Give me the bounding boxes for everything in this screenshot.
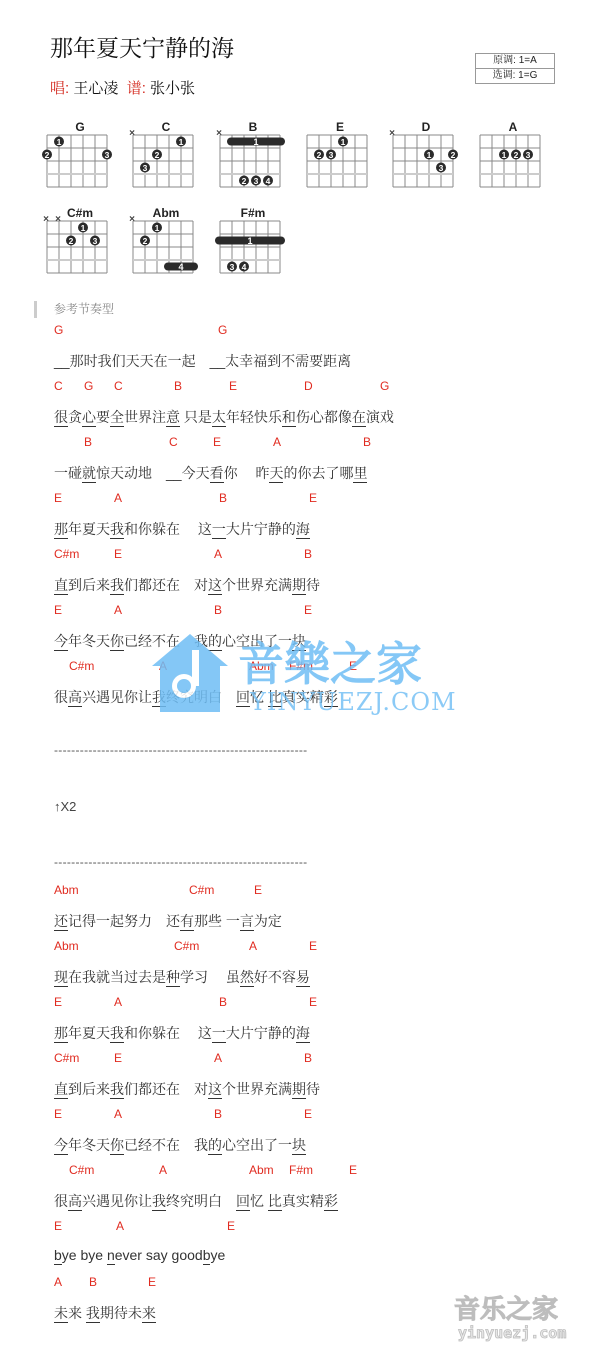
svg-text:2: 2 (514, 150, 519, 160)
lyric-row: 那年夏天我和你躲在 这一大片宁静的海 (0, 1023, 603, 1043)
chord-row: C#mEAB (0, 547, 603, 567)
lyric-text: 大片宁静的 (226, 521, 296, 537)
lyric-text: 贪 (68, 409, 82, 425)
chord-symbol: E (54, 603, 62, 617)
lyric-row: 还记得一起努力 还有那些 一言为定 (0, 911, 603, 931)
chord-symbol: C#m (69, 659, 94, 673)
lyric-row: 很高兴遇见你让我终究明白 回忆 比真实精彩 (0, 1191, 603, 1211)
svg-text:2: 2 (242, 176, 247, 186)
mute-icon: × (55, 214, 61, 225)
chord-anchor-char: 期 (292, 1081, 306, 1099)
lyric-text: 待 (306, 1081, 320, 1097)
chord-anchor-char: 这 (208, 1081, 222, 1099)
chord-anchor-char: 来 (142, 1305, 156, 1323)
chord-symbol: A (114, 1107, 122, 1121)
svg-text:yinyuezj.com: yinyuezj.com (458, 1324, 566, 1342)
svg-text:1: 1 (155, 223, 160, 233)
lyric-line: 今年冬天你已经不在 我的心空出了一块 (54, 1135, 306, 1155)
lyric-text: 已经不在 我 (124, 1137, 208, 1153)
chord-anchor-char: 直 (54, 577, 68, 595)
lyric-text: 到后来 (68, 1081, 110, 1097)
chord-symbol: C (169, 435, 178, 449)
chord-symbol: B (304, 547, 312, 561)
lyric-text: 很 (54, 1193, 68, 1209)
lyric-row: bye bye never say goodbye (0, 1247, 603, 1267)
fretboard-grid: ×1234 (213, 120, 293, 200)
chord-diagram-abm: Abm×421 (126, 206, 206, 286)
chord-symbol: Abm (249, 659, 274, 673)
chord-anchor-char: 就 (82, 465, 96, 483)
lyric-text: 太幸福到不需要距离 (225, 353, 351, 369)
chord-anchor-char: 看 (210, 465, 224, 483)
lyric-text: __ (210, 353, 226, 369)
chord-symbol: C#m (174, 939, 199, 953)
svg-text:1: 1 (81, 223, 86, 233)
chord-anchor-char: 有 (180, 913, 194, 931)
fretboard-grid: ×132 (386, 120, 466, 200)
chord-symbol: E (148, 1275, 156, 1289)
song-title: 那年夏天宁静的海 (50, 30, 234, 63)
chord-symbol: A (114, 603, 122, 617)
chord-anchor-char: 种 (166, 969, 180, 987)
chord-symbol: B (214, 1107, 222, 1121)
fretboard-grid: ×421 (126, 206, 206, 286)
svg-text:1: 1 (57, 137, 62, 147)
lyric-text: 个世界充满 (222, 1081, 292, 1097)
chord-symbol: E (309, 939, 317, 953)
svg-text:2: 2 (45, 150, 50, 160)
svg-text:1: 1 (427, 150, 432, 160)
chord-symbol: A (214, 1051, 222, 1065)
chord-anchor-char: 海 (296, 521, 310, 539)
lyric-row: 现在我就当过去是种学习 虽然好不容易 (0, 967, 603, 987)
lyric-text: 在我就当过去是 (68, 969, 166, 985)
lyric-text: 年夏天 (68, 521, 110, 537)
chord-symbol: G (54, 323, 63, 337)
chord-anchor-char: 你 (110, 633, 124, 651)
lyric-line: 未来 我期待未来 (54, 1303, 156, 1323)
lyric-text: ever say good (115, 1247, 203, 1263)
chord-row: GG (0, 323, 603, 343)
chord-symbol: E (349, 1163, 357, 1177)
chord-symbol: A (273, 435, 281, 449)
lyric-line: 直到后来我们都还在 对这个世界充满期待 (54, 1079, 320, 1099)
chord-anchor-char: 一 (212, 1025, 226, 1043)
svg-text:2: 2 (69, 236, 74, 246)
chord-symbol: E (54, 1219, 62, 1233)
chord-anchor-char: 的 (208, 1137, 222, 1155)
lyric-line: 很高兴遇见你让我终究明白 回忆 比真实精彩 (54, 1191, 338, 1211)
section-label: 参考节奏型 (34, 301, 114, 318)
lyric-text: ye bye (62, 1247, 107, 1263)
chord-symbol: A (214, 547, 222, 561)
svg-text:1: 1 (179, 137, 184, 147)
chord-symbol: B (219, 491, 227, 505)
chord-symbol: G (84, 379, 93, 393)
section-divider: ----------------------------------------… (54, 855, 307, 869)
svg-text:4: 4 (242, 262, 247, 272)
svg-text:3: 3 (143, 163, 148, 173)
chord-anchor-char: b (54, 1247, 62, 1265)
lyric-row: 今年冬天你已经不在 我的心空出了一块 (0, 631, 603, 651)
chord-symbol: A (159, 1163, 167, 1177)
lyric-line: 一碰就惊天动地 __今天看你 昨天的你去了哪里 (54, 463, 367, 483)
lyric-text: 心空出了一 (222, 1137, 292, 1153)
chord-symbol: A (114, 995, 122, 1009)
chord-symbol: C (54, 379, 63, 393)
chord-diagram-b: B×1234 (213, 120, 293, 200)
chord-diagram-g: G213 (40, 120, 120, 200)
svg-text:音乐之家: 音乐之家 (454, 1295, 558, 1325)
repeat-marker: ↑X2 (54, 799, 76, 814)
chord-anchor-char: 的 (208, 633, 222, 651)
svg-text:3: 3 (526, 150, 531, 160)
chord-symbol: E (309, 995, 317, 1009)
chord-anchor-char: 太 (212, 409, 226, 427)
lyric-row: 一碰就惊天动地 __今天看你 昨天的你去了哪里 (0, 463, 603, 483)
chord-anchor-char: 言 (240, 913, 254, 931)
selected-key: 选调: 1=G (476, 68, 554, 83)
svg-text:1: 1 (502, 150, 507, 160)
chord-anchor-char: 期 (292, 577, 306, 595)
fretboard-grid: 134 (213, 206, 293, 286)
lyric-text: 世界注 (124, 409, 166, 425)
lyric-line: 直到后来我们都还在 对这个世界充满期待 (54, 575, 320, 595)
lyric-text: 好不容 (254, 969, 296, 985)
mute-icon: × (389, 128, 395, 139)
lyric-text: 和你躲在 这 (124, 1025, 212, 1041)
chord-anchor-char: 今 (54, 633, 68, 651)
chord-symbol: C#m (54, 547, 79, 561)
lyric-row: 很贪心要全世界注意 只是太年轻快乐和伤心都像在演戏 (0, 407, 603, 427)
fretboard-grid: 213 (40, 120, 120, 200)
chord-anchor-char: 易 (296, 969, 310, 987)
lyric-text: 个世界充满 (222, 577, 292, 593)
lyric-text: 今天 (182, 465, 210, 481)
chord-symbol: E (227, 1219, 235, 1233)
chord-symbol: F#m (289, 659, 313, 673)
lyric-text: 兴遇见你让 (82, 1193, 152, 1209)
chord-row: AbmC#mE (0, 883, 603, 903)
chord-row: BCEAB (0, 435, 603, 455)
svg-text:3: 3 (439, 163, 444, 173)
lyric-text: 学习 虽 (180, 969, 240, 985)
chord-anchor-char: 意 (166, 409, 180, 427)
chord-symbol: G (218, 323, 227, 337)
chord-anchor-char: 我 (86, 1305, 100, 1323)
chord-symbol: E (229, 379, 237, 393)
chord-row: C#mAAbmF#mE (0, 1163, 603, 1183)
chord-row: EABE (0, 491, 603, 511)
chord-anchor-char: 现 (54, 969, 68, 987)
chord-symbol: E (309, 491, 317, 505)
lyric-text: 待 (306, 577, 320, 593)
chord-anchor-char: 海 (296, 1025, 310, 1043)
chord-anchor-char: 全 (110, 409, 124, 427)
chord-row: EABE (0, 995, 603, 1015)
svg-text:2: 2 (143, 236, 148, 246)
chord-diagram-a: A123 (473, 120, 553, 200)
singer-label: 唱: (50, 80, 69, 97)
fretboard-grid: 123 (473, 120, 553, 200)
chord-anchor-char: 很 (54, 409, 68, 427)
svg-text:3: 3 (254, 176, 259, 186)
lyric-text: 大片宁静的 (226, 1025, 296, 1041)
chord-symbol: E (254, 883, 262, 897)
chord-anchor-char: 里 (353, 465, 367, 483)
fretboard-grid: ×321 (126, 120, 206, 200)
svg-text:2: 2 (155, 150, 160, 160)
chord-row: C#mAAbmF#mE (0, 659, 603, 679)
lyric-text: 到后来 (68, 577, 110, 593)
chord-anchor-char: 这 (208, 577, 222, 595)
chord-anchor-char: 比 (268, 1193, 282, 1211)
chord-symbol: D (304, 379, 313, 393)
lyric-row: 直到后来我们都还在 对这个世界充满期待 (0, 1079, 603, 1099)
mute-icon: × (129, 214, 135, 225)
chord-anchor-char: 回 (236, 1193, 250, 1211)
chord-row: AbmC#mAE (0, 939, 603, 959)
chord-diagram-c: C×321 (126, 120, 206, 200)
chord-anchor-char: 我 (152, 1193, 166, 1211)
chord-anchor-char: n (107, 1247, 115, 1265)
lyric-text: 已经不在 我 (124, 633, 208, 649)
lyric-text: 年轻快乐 (226, 409, 282, 425)
chord-symbol: E (304, 1107, 312, 1121)
chord-symbol: E (349, 659, 357, 673)
chord-anchor-char: 天 (269, 465, 283, 483)
lyric-text: 终究明白 (166, 1193, 236, 1209)
lyric-text: 惊天动地 (96, 465, 166, 481)
svg-text:2: 2 (451, 150, 456, 160)
chord-anchor-char: 块 (292, 1137, 306, 1155)
chord-symbol: A (54, 1275, 62, 1289)
lyric-text: ye (210, 1247, 225, 1263)
lyric-text: 伤心都像 (296, 409, 352, 425)
chord-anchor-char: 那 (54, 521, 68, 539)
chord-symbol: Abm (54, 883, 79, 897)
chord-symbol: B (89, 1275, 97, 1289)
chord-symbol: E (114, 1051, 122, 1065)
lyric-text: 来 (68, 1305, 86, 1321)
chord-anchor-char: 然 (240, 969, 254, 987)
lyric-text: 一碰 (54, 465, 82, 481)
lyric-text: 心空出了一 (222, 633, 292, 649)
chord-symbol: B (214, 603, 222, 617)
lyric-line: bye bye never say goodbye (54, 1247, 225, 1263)
lyric-line: 很高兴遇见你让我终究明白 回忆 比真实精彩 (54, 687, 338, 707)
lyric-row: 很高兴遇见你让我终究明白 回忆 比真实精彩 (0, 687, 603, 707)
mute-icon: × (43, 214, 49, 225)
chord-anchor-char: 我 (110, 1081, 124, 1099)
lyric-row: 直到后来我们都还在 对这个世界充满期待 (0, 575, 603, 595)
lyric-text: 忆 (250, 689, 268, 705)
lyric-row: 今年冬天你已经不在 我的心空出了一块 (0, 1135, 603, 1155)
chord-symbol: E (54, 995, 62, 1009)
chord-anchor-char: 彩 (324, 1193, 338, 1211)
lyric-text: 你 昨 (224, 465, 270, 481)
svg-text:1: 1 (253, 137, 258, 147)
chord-diagram-fsharpm: F#m134 (213, 206, 293, 286)
lyric-line: 现在我就当过去是种学习 虽然好不容易 (54, 967, 310, 987)
chord-symbol: C#m (189, 883, 214, 897)
chord-anchor-char: 今 (54, 1137, 68, 1155)
singer-name: 王心凌 (73, 80, 118, 97)
chord-anchor-char: 我 (152, 689, 166, 707)
chord-symbol: E (304, 603, 312, 617)
chord-diagram-d: D×132 (386, 120, 466, 200)
chord-symbol: G (380, 379, 389, 393)
svg-text:3: 3 (105, 150, 110, 160)
chord-anchor-char: 块 (292, 633, 306, 651)
key-box: 原调: 1=A 选调: 1=G (475, 53, 555, 84)
section-divider: ----------------------------------------… (54, 743, 307, 757)
chord-symbol: A (159, 659, 167, 673)
svg-text:2: 2 (317, 150, 322, 160)
chord-symbol: C (114, 379, 123, 393)
lyric-line: 那年夏天我和你躲在 这一大片宁静的海 (54, 1023, 310, 1043)
lyric-text: 为定 (254, 913, 282, 929)
svg-text:1: 1 (341, 137, 346, 147)
svg-text:1: 1 (247, 236, 252, 246)
original-key: 原调: 1=A (476, 54, 554, 68)
chord-symbol: F#m (289, 1163, 313, 1177)
chord-anchor-char: 未 (54, 1305, 68, 1323)
lyric-text: 只是 (180, 409, 212, 425)
lyric-row: __那时我们天天在一起 __太幸福到不需要距离 (0, 351, 603, 371)
chord-anchor-char: 还 (54, 913, 68, 931)
lyric-text: 那时我们天天在一起 (70, 353, 210, 369)
svg-text:3: 3 (329, 150, 334, 160)
chord-symbol: B (363, 435, 371, 449)
lyric-text: 期待未 (100, 1305, 142, 1321)
svg-text:3: 3 (93, 236, 98, 246)
lyric-text: 演戏 (366, 409, 394, 425)
chord-anchor-char: 在 (352, 409, 366, 427)
chord-symbol: Abm (54, 939, 79, 953)
mute-icon: × (216, 128, 222, 139)
lyric-text: 记得一起努力 还 (68, 913, 180, 929)
chord-diagram-csharpm: C#m××213 (40, 206, 120, 286)
chord-symbol: B (84, 435, 92, 449)
chord-row: EABE (0, 1107, 603, 1127)
lyric-text: 年冬天 (68, 633, 110, 649)
chord-symbol: E (54, 491, 62, 505)
lyric-text: 年冬天 (68, 1137, 110, 1153)
lyric-line: 还记得一起努力 还有那些 一言为定 (54, 911, 282, 931)
chord-anchor-char: 你 (110, 1137, 124, 1155)
chord-anchor-char: 和 (282, 409, 296, 427)
mute-icon: × (129, 128, 135, 139)
corner-watermark: 音乐之家 yinyuezj.com (448, 1290, 598, 1342)
chord-symbol: B (174, 379, 182, 393)
chord-symbol: A (116, 1219, 124, 1233)
chord-row: CGCBEDG (0, 379, 603, 399)
fretboard-grid: 231 (300, 120, 380, 200)
chord-anchor-char: 高 (68, 689, 82, 707)
chord-symbol: E (114, 547, 122, 561)
lyric-text: 那些 一 (194, 913, 240, 929)
chord-anchor-char: 一 (212, 521, 226, 539)
lyric-line: 那年夏天我和你躲在 这一大片宁静的海 (54, 519, 310, 539)
chord-anchor-char: 我 (110, 521, 124, 539)
lyric-line: 很贪心要全世界注意 只是太年轻快乐和伤心都像在演戏 (54, 407, 394, 427)
chord-row: EABE (0, 603, 603, 623)
chord-symbol: B (219, 995, 227, 1009)
svg-text:3: 3 (230, 262, 235, 272)
chord-symbol: B (304, 1051, 312, 1065)
fretboard-grid: ××213 (40, 206, 120, 286)
lyric-text: 忆 (250, 1193, 268, 1209)
svg-text:4: 4 (178, 262, 183, 272)
lyric-text: __ (166, 465, 182, 481)
chord-anchor-char: 那 (54, 1025, 68, 1043)
lyric-text: 们都还在 对 (124, 577, 208, 593)
lyric-text: 真实精 (282, 1193, 324, 1209)
chord-symbol: Abm (249, 1163, 274, 1177)
chord-diagram-e: E231 (300, 120, 380, 200)
chord-symbol: A (114, 491, 122, 505)
lyric-text: 们都还在 对 (124, 1081, 208, 1097)
chord-symbol: C#m (54, 1051, 79, 1065)
chord-anchor-char: 我 (110, 1025, 124, 1043)
lyric-text: 和你躲在 这 (124, 521, 212, 537)
lyric-line: __那时我们天天在一起 __太幸福到不需要距离 (54, 351, 351, 371)
chord-symbol: A (249, 939, 257, 953)
lyric-text: 兴遇见你让 (82, 689, 152, 705)
chord-anchor-char: 直 (54, 1081, 68, 1099)
lyric-text: __ (54, 353, 70, 369)
chord-anchor-char: 比 (268, 689, 282, 707)
credits: 唱: 王心凌 谱: 张小张 (50, 77, 195, 98)
lyric-text: 很 (54, 689, 68, 705)
lyric-line: 今年冬天你已经不在 我的心空出了一块 (54, 631, 306, 651)
lyric-text: 的你去了哪 (283, 465, 353, 481)
chord-row: C#mEAB (0, 1051, 603, 1071)
chord-anchor-char: 心 (82, 409, 96, 427)
arranger-name: 张小张 (150, 80, 195, 97)
lyric-text: 要 (96, 409, 110, 425)
arranger-label: 谱: (127, 80, 146, 97)
chord-symbol: E (213, 435, 221, 449)
svg-text:4: 4 (266, 176, 271, 186)
chord-anchor-char: 回 (236, 689, 250, 707)
lyric-text: 年夏天 (68, 1025, 110, 1041)
chord-anchor-char: 彩 (324, 689, 338, 707)
lyric-text: 真实精 (282, 689, 324, 705)
lyric-text: 终究明白 (166, 689, 236, 705)
chord-anchor-char: 高 (68, 1193, 82, 1211)
chord-symbol: C#m (69, 1163, 94, 1177)
lyric-row: 那年夏天我和你躲在 这一大片宁静的海 (0, 519, 603, 539)
chord-anchor-char: 我 (110, 577, 124, 595)
chord-symbol: E (54, 1107, 62, 1121)
chord-row: EAE (0, 1219, 603, 1239)
